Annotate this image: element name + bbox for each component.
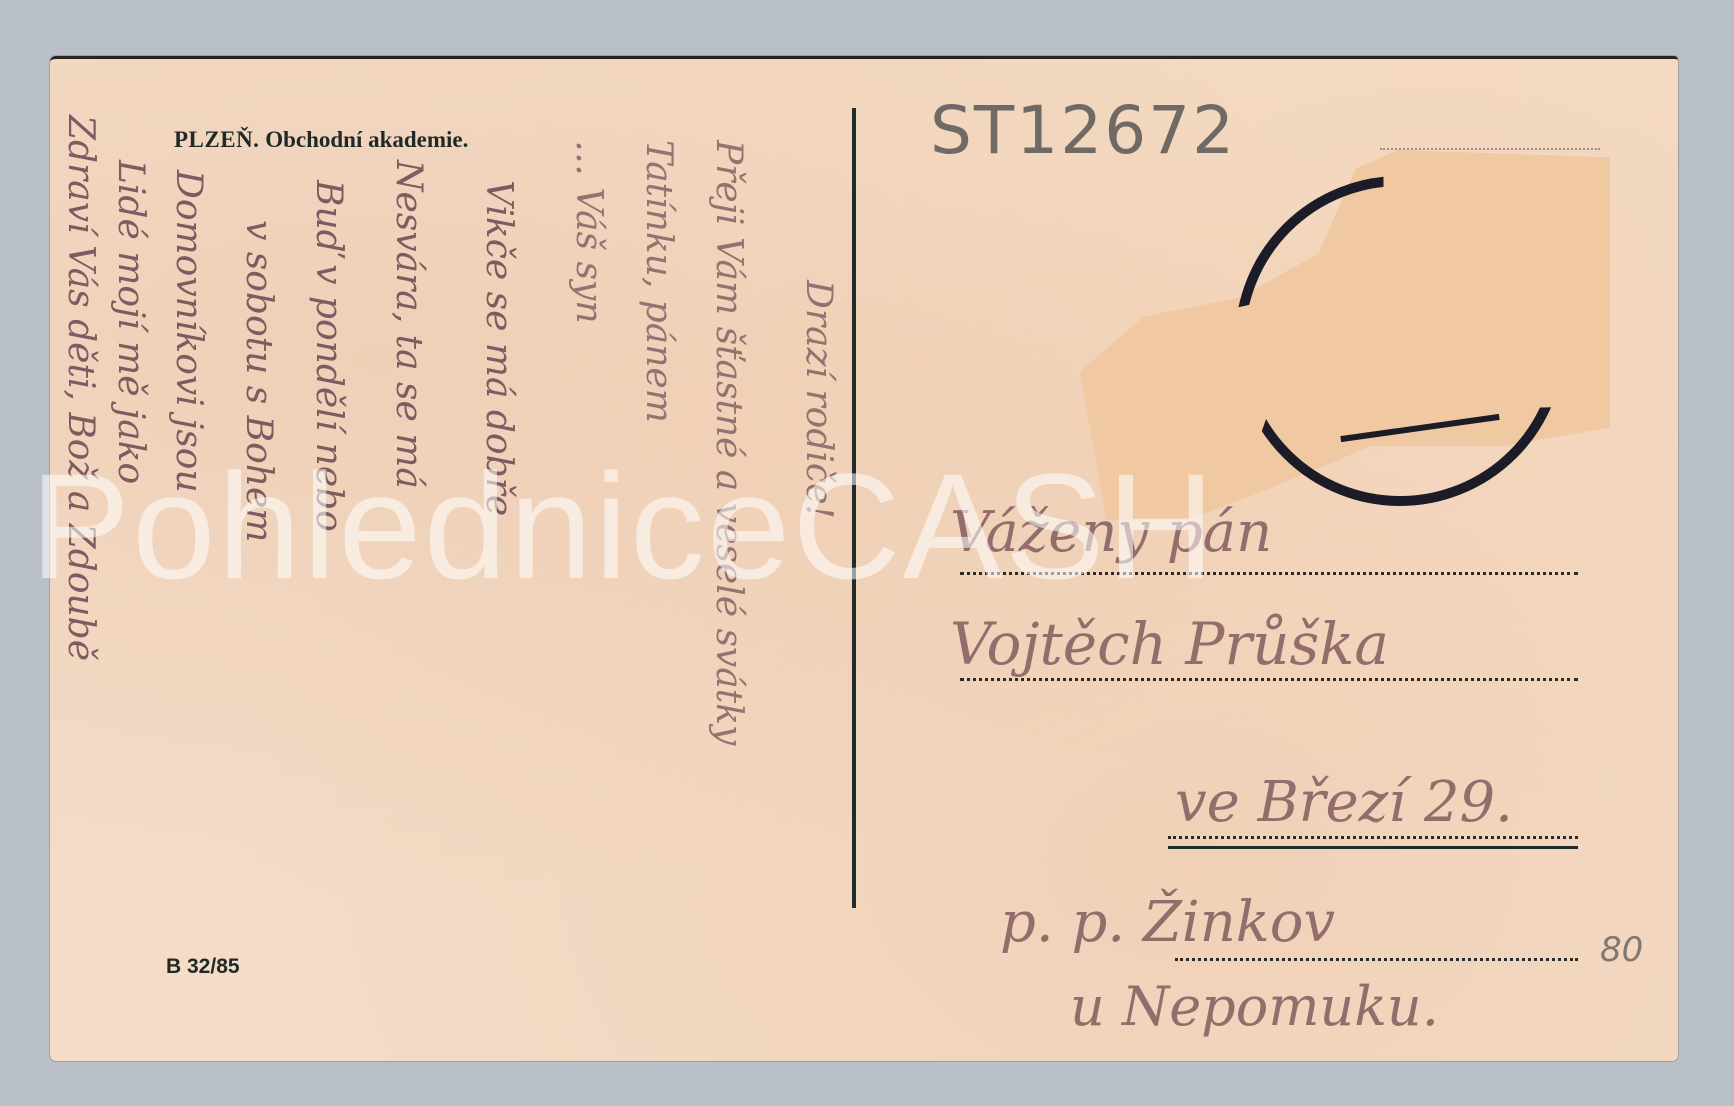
stamp-perforation bbox=[1380, 148, 1600, 162]
watermark: PohledniceCASH bbox=[30, 440, 1217, 613]
publisher-subject: Obchodní akademie. bbox=[265, 127, 468, 152]
address-post: p. p. Žinkov bbox=[1000, 890, 1335, 955]
publisher-place: PLZEŇ. bbox=[174, 127, 259, 152]
publisher-caption: PLZEŇ. Obchodní akademie. bbox=[174, 127, 468, 153]
address-street: ve Březí 29. bbox=[1175, 770, 1513, 835]
inventory-number: ST12672 bbox=[930, 92, 1236, 169]
address-underline bbox=[1168, 846, 1578, 849]
pencil-price: 80 bbox=[1600, 930, 1643, 970]
address-name: Vojtěch Průška bbox=[950, 610, 1389, 678]
address-line-2 bbox=[960, 678, 1578, 681]
address-line-4 bbox=[1175, 958, 1578, 961]
address-line-3 bbox=[1168, 836, 1578, 839]
address-town: u Nepomuku. bbox=[1070, 975, 1439, 1038]
